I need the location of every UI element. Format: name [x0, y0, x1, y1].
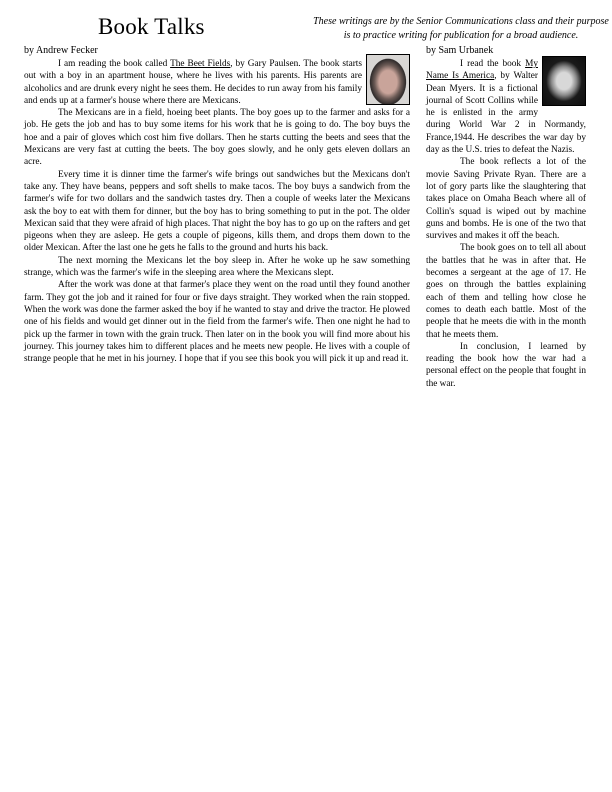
article-my-name-is-america: I read the book My Name Is America, by W… — [426, 58, 586, 390]
article-paragraph: After the work was done at that farmer's… — [24, 279, 410, 365]
page-title: Book Talks — [98, 14, 205, 40]
book-title: The Beet Fields — [170, 59, 230, 69]
article-paragraph: In conclusion, I learned by reading the … — [426, 341, 586, 390]
lead-text-before: I read the book — [460, 59, 525, 69]
intro-note: These writings are by the Senior Communi… — [310, 15, 612, 43]
article-paragraph: Every time it is dinner time the farmer'… — [24, 169, 410, 255]
article-paragraph: The book reflects a lot of the movie Sav… — [426, 156, 586, 242]
article-paragraph: The next morning the Mexicans let the bo… — [24, 255, 410, 280]
article-paragraph: The Mexicans are in a field, hoeing beet… — [24, 107, 410, 168]
lead-text-before: I am reading the book called — [58, 59, 170, 69]
byline-sam-urbanek: by Sam Urbanek — [426, 45, 493, 57]
byline-andrew-fecker: by Andrew Fecker — [24, 45, 98, 57]
article-lead-paragraph: I am reading the book called The Beet Fi… — [24, 58, 410, 107]
article-paragraph: The book goes on to tell all about the b… — [426, 242, 586, 340]
student-photo-andrew — [366, 54, 410, 105]
article-beet-fields: I am reading the book called The Beet Fi… — [24, 58, 410, 365]
student-photo-sam — [542, 56, 586, 106]
